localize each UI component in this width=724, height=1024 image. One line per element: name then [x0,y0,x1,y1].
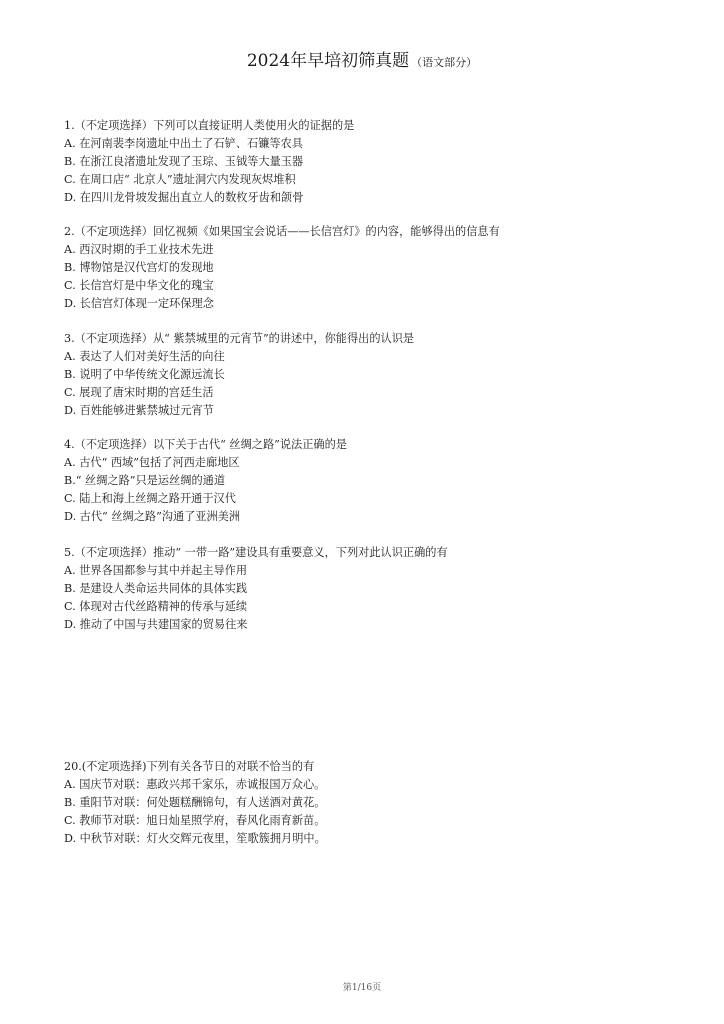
option-a: A. 古代“ 西域”包括了河西走廊地区 [64,454,664,472]
option-a: A. 表达了人们对美好生活的向往 [64,348,664,366]
question-stem: 1.（不定项选择）下列可以直接证明人类使用火的证据的是 [64,117,664,135]
question-stem: 3.（不定项选择）从“ 紫禁城里的元宵节”的讲述中，你能得出的认识是 [64,330,664,348]
page-number: 第1/16页 [0,980,724,993]
option-a: A. 国庆节对联：惠政兴邦千家乐，赤诚报国万众心。 [64,776,664,794]
question-20: 20.(不定项选择)下列有关各节日的对联不恰当的有 A. 国庆节对联：惠政兴邦千… [64,758,664,848]
option-c: C. 长信宫灯是中华文化的瑰宝 [64,277,664,295]
option-c: C. 教师节对联：旭日灿星照学府，春风化雨育新苗。 [64,812,664,830]
question-5: 5.（不定项选择）推动“ 一带一路”建设具有重要意义，下列对此认识正确的有 A.… [64,544,664,634]
option-c: C. 展现了唐宋时期的宫廷生活 [64,384,664,402]
option-a: A. 西汉时期的手工业技术先进 [64,241,664,259]
option-b: B. 在浙江良渚遗址发现了玉琮、玉钺等大量玉器 [64,153,664,171]
option-b: B. 是建设人类命运共同体的具体实践 [64,580,664,598]
option-b: B.“ 丝绸之路”只是运丝绸的通道 [64,472,664,490]
option-c: C. 在周口店“ 北京人”遗址洞穴内发现灰烬堆积 [64,171,664,189]
option-d: D. 中秋节对联：灯火交辉元夜里，笙歌簇拥月明中。 [64,830,664,848]
option-d: D. 古代“ 丝绸之路”沟通了亚洲美洲 [64,508,664,526]
option-d: D. 百姓能够进紫禁城过元宵节 [64,402,664,420]
question-stem: 5.（不定项选择）推动“ 一带一路”建设具有重要意义，下列对此认识正确的有 [64,544,664,562]
option-a: A. 世界各国都参与其中并起主导作用 [64,562,664,580]
question-4: 4.（不定项选择）以下关于古代“ 丝绸之路”说法正确的是 A. 古代“ 西域”包… [64,436,664,526]
option-d: D. 推动了中国与共建国家的贸易往来 [64,616,664,634]
option-d: D. 长信宫灯体现一定环保理念 [64,295,664,313]
option-c: C. 体现对古代丝路精神的传承与延续 [64,598,664,616]
option-b: B. 重阳节对联：何处题糕酬锦句，有人送酒对黄花。 [64,794,664,812]
option-a: A. 在河南裴李岗遗址中出土了石铲、石镰等农具 [64,135,664,153]
question-1: 1.（不定项选择）下列可以直接证明人类使用火的证据的是 A. 在河南裴李岗遗址中… [64,117,664,207]
title-main: 2024年早培初筛真题 [247,51,409,71]
question-stem: 2.（不定项选择）回忆视频《如果国宝会说话——长信宫灯》的内容，能够得出的信息有 [64,223,664,241]
option-b: B. 博物馆是汉代宫灯的发现地 [64,259,664,277]
title-subtitle: （语文部分） [411,56,477,69]
option-b: B. 说明了中华传统文化源远流长 [64,366,664,384]
question-stem: 4.（不定项选择）以下关于古代“ 丝绸之路”说法正确的是 [64,436,664,454]
page-title: 2024年早培初筛真题（语文部分） [0,50,724,74]
option-c: C. 陆上和海上丝绸之路开通于汉代 [64,490,664,508]
question-stem: 20.(不定项选择)下列有关各节日的对联不恰当的有 [64,758,664,776]
option-d: D. 在四川龙骨坡发掘出直立人的数枚牙齿和颌骨 [64,189,664,207]
question-2: 2.（不定项选择）回忆视频《如果国宝会说话——长信宫灯》的内容，能够得出的信息有… [64,223,664,313]
question-3: 3.（不定项选择）从“ 紫禁城里的元宵节”的讲述中，你能得出的认识是 A. 表达… [64,330,664,420]
